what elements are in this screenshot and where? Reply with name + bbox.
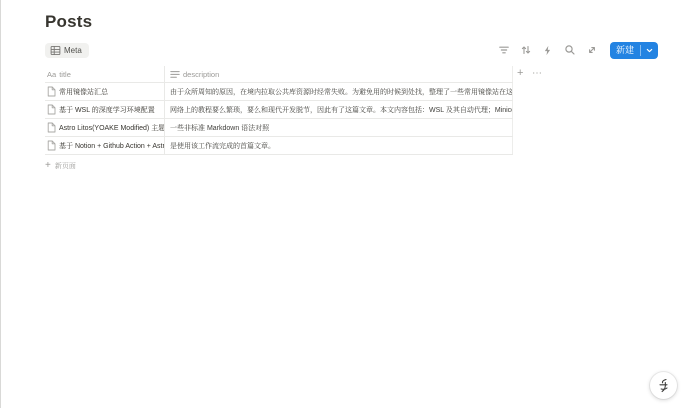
row-title: Astro Litos(YOAKE Modified) 主题的	[59, 123, 164, 133]
column-header-title[interactable]: Aa title	[45, 66, 165, 82]
row-title: 基于 WSL 的深度学习环境配置	[59, 105, 155, 115]
title-cell[interactable]: 基于 Notion + Github Action + Astr	[45, 137, 165, 154]
description-cell[interactable]: 是使用该工作流完成的首篇文章。	[165, 137, 513, 154]
description-cell[interactable]: 网络上的教程要么繁琐，要么和现代开发脱节，因此有了这篇文章。本文内容包括：WSL…	[165, 101, 513, 118]
view-toolbar: 新建	[498, 42, 658, 59]
description-cell[interactable]: 一些非标准 Markdown 语法对照	[165, 119, 513, 136]
column-description-label: description	[183, 70, 219, 79]
row-description: 是使用该工作流完成的首篇文章。	[170, 141, 275, 151]
view-tab-bar: Meta	[45, 41, 658, 59]
expand-icon[interactable]	[586, 44, 598, 56]
row-title: 基于 Notion + Github Action + Astr	[59, 141, 164, 151]
title-cell[interactable]: 常用镜像站汇总	[45, 83, 165, 100]
table-view-icon	[50, 45, 61, 56]
window-left-edge	[0, 0, 1, 408]
table-row[interactable]: Astro Litos(YOAKE Modified) 主题的 一些非标准 Ma…	[45, 119, 513, 137]
column-header-description[interactable]: description	[165, 66, 513, 82]
zap-icon[interactable]	[542, 44, 554, 56]
page-icon	[47, 86, 56, 97]
view-tab-label: Meta	[64, 46, 82, 55]
new-page-label: 新页面	[55, 161, 76, 171]
table-header-row: Aa title description	[45, 66, 513, 83]
row-title: 常用镜像站汇总	[59, 87, 108, 97]
new-button[interactable]: 新建	[610, 42, 658, 59]
title-cell[interactable]: Astro Litos(YOAKE Modified) 主题的	[45, 119, 165, 136]
align-left-icon	[170, 70, 180, 79]
table-more-options-button[interactable]: ⋯	[532, 67, 543, 81]
column-title-label: title	[59, 70, 71, 79]
filter-icon[interactable]	[498, 44, 510, 56]
table-row[interactable]: 基于 Notion + Github Action + Astr 是使用该工作流…	[45, 137, 513, 155]
description-cell[interactable]: 由于众所周知的原因，在境内拉取公共库资源时经常失败。为避免用的时候到处找，整理了…	[165, 83, 513, 100]
database-page: Posts Meta	[45, 12, 658, 174]
chevron-down-icon[interactable]	[641, 47, 658, 54]
table-row[interactable]: 基于 WSL 的深度学习环境配置 网络上的教程要么繁琐，要么和现代开发脱节，因此…	[45, 101, 513, 119]
new-button-label: 新建	[610, 42, 640, 59]
page-icon	[47, 122, 56, 133]
title-cell[interactable]: 基于 WSL 的深度学习环境配置	[45, 101, 165, 118]
page-icon	[47, 140, 56, 151]
row-description: 由于众所周知的原因，在境内拉取公共库资源时经常失败。为避免用的时候到处找，整理了…	[170, 87, 512, 97]
row-description: 网络上的教程要么繁琐，要么和现代开发脱节，因此有了这篇文章。本文内容包括：WSL…	[170, 105, 512, 115]
search-icon[interactable]	[564, 44, 576, 56]
table-body: 常用镜像站汇总 由于众所周知的原因，在境内拉取公共库资源时经常失败。为避免用的时…	[45, 83, 513, 155]
page-title: Posts	[45, 12, 658, 32]
database-table: Aa title description 常用镜像站汇总	[45, 66, 513, 155]
table-row[interactable]: 常用镜像站汇总 由于众所周知的原因，在境内拉取公共库资源时经常失败。为避免用的时…	[45, 83, 513, 101]
sort-icon[interactable]	[520, 44, 532, 56]
row-description: 一些非标准 Markdown 语法对照	[170, 123, 269, 133]
help-widget-icon	[657, 378, 670, 393]
text-type-icon: Aa	[47, 70, 56, 79]
page-icon	[47, 104, 56, 115]
new-page-row[interactable]: + 新页面	[45, 157, 513, 174]
add-column-button[interactable]: +	[517, 66, 523, 80]
plus-icon: +	[45, 161, 51, 171]
help-widget-button[interactable]	[650, 372, 677, 399]
view-tab-meta[interactable]: Meta	[45, 43, 89, 58]
